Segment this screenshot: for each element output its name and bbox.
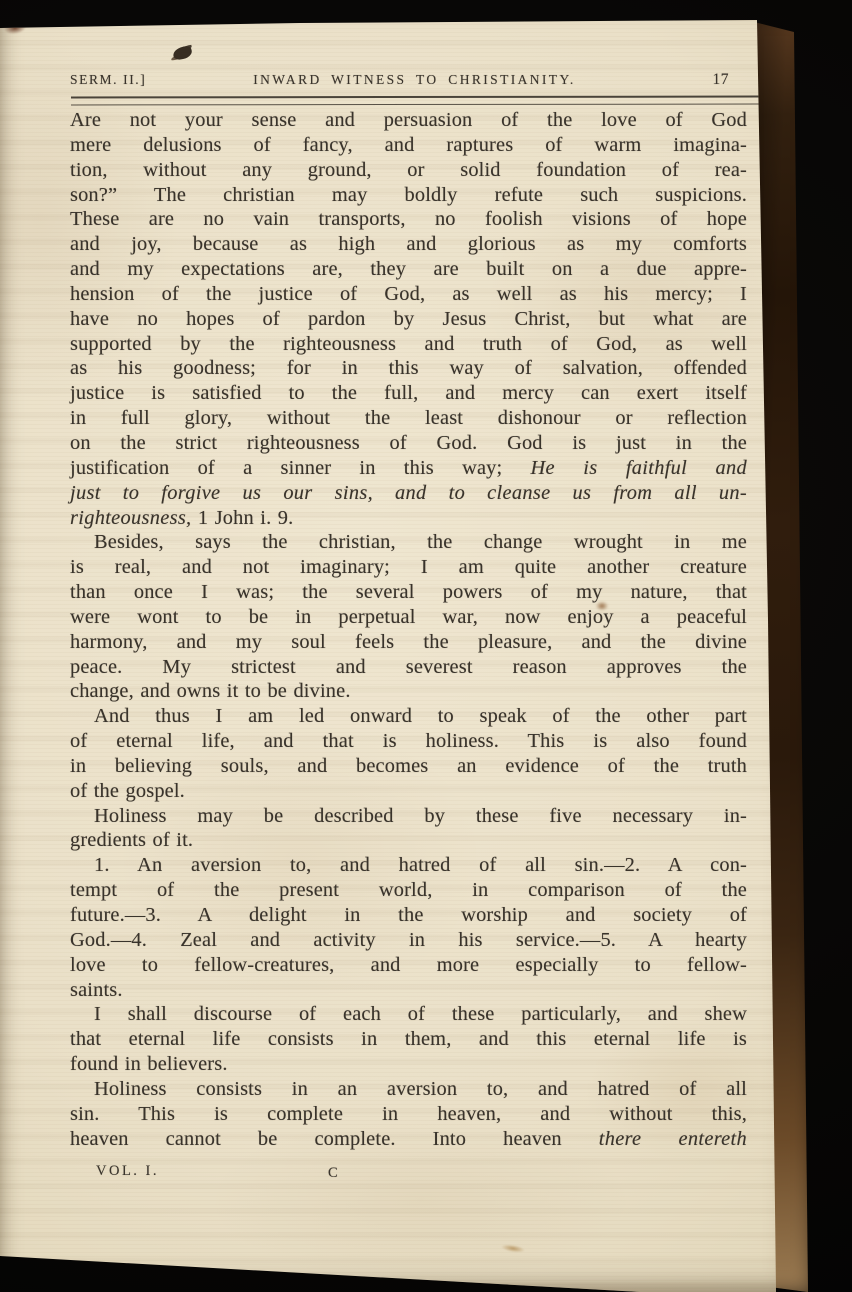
- text-line: tion, without any ground, or solid found…: [70, 158, 747, 183]
- italic-text-segment: there entereth: [599, 1128, 747, 1150]
- text-line: and my expectations are, they are built …: [70, 257, 747, 282]
- text-segment: love to fellow-creatures, and more espec…: [70, 954, 747, 976]
- text-segment: in full glory, without the least dishono…: [70, 407, 747, 429]
- text-segment: peace. My strictest and severest reason …: [70, 656, 747, 678]
- text-line: change, and owns it to be divine.: [70, 679, 747, 704]
- text-segment: of the gospel.: [70, 780, 185, 802]
- text-line: justice is satisfied to the full, and me…: [70, 381, 747, 406]
- text-segment: as his goodness; for in this way of salv…: [70, 357, 747, 379]
- text-line: And thus I am led onward to speak of the…: [70, 704, 747, 729]
- text-line: righteousness, 1 John i. 9.: [70, 506, 747, 531]
- text-line: gredients of it.: [70, 828, 747, 853]
- text-segment: son?” The christian may boldly refute su…: [70, 184, 747, 206]
- text-segment: 1. An aversion to, and hatred of all sin…: [94, 854, 747, 876]
- text-segment: And thus I am led onward to speak of the…: [94, 705, 747, 727]
- italic-text-segment: righteousness,: [70, 507, 191, 529]
- italic-text-segment: just to forgive us our sins, and to clea…: [70, 482, 747, 504]
- sermon-number-label: SERM. II.]: [70, 72, 146, 88]
- page-footer: VOL. I. C: [70, 1163, 747, 1189]
- text-segment: on the strict righteousness of God. God …: [70, 432, 747, 454]
- text-line: tempt of the present world, in compariso…: [70, 878, 747, 903]
- text-line: peace. My strictest and severest reason …: [70, 655, 747, 680]
- text-segment: Besides, says the christian, the change …: [94, 531, 747, 553]
- text-line: These are no vain transports, no foolish…: [70, 207, 747, 232]
- text-segment: in believing souls, and becomes an evide…: [70, 755, 747, 777]
- header-divider-rule: [71, 96, 768, 106]
- text-segment: I shall discourse of each of these parti…: [94, 1003, 747, 1025]
- text-segment: Are not your sense and persuasion of the…: [70, 109, 747, 131]
- text-line: sin. This is complete in heaven, and wit…: [70, 1102, 747, 1127]
- text-line: saints.: [70, 978, 747, 1003]
- text-line: that eternal life consists in them, and …: [70, 1027, 747, 1052]
- text-segment: were wont to be in perpetual war, now en…: [70, 606, 747, 628]
- text-segment: change, and owns it to be divine.: [70, 680, 351, 702]
- text-line: heaven cannot be complete. Into heaven t…: [70, 1127, 747, 1152]
- text-segment: These are no vain transports, no foolish…: [70, 208, 747, 230]
- book-page: SERM. II.] INWARD WITNESS TO CHRISTIANIT…: [0, 0, 800, 1292]
- text-segment: heaven cannot be complete. Into heaven: [70, 1128, 599, 1150]
- text-line: son?” The christian may boldly refute su…: [70, 183, 747, 208]
- text-line: of the gospel.: [70, 779, 747, 804]
- volume-label: VOL. I.: [96, 1163, 159, 1180]
- running-head: SERM. II.] INWARD WITNESS TO CHRISTIANIT…: [70, 71, 747, 89]
- text-segment: 1 John i. 9.: [191, 507, 293, 529]
- text-line: hension of the justice of God, as well a…: [70, 282, 747, 307]
- text-line: than once I was; the several powers of m…: [70, 580, 747, 605]
- text-line: I shall discourse of each of these parti…: [70, 1002, 747, 1027]
- text-line: of eternal life, and that is holiness. T…: [70, 729, 747, 754]
- text-segment: gredients of it.: [70, 829, 193, 851]
- text-segment: Holiness may be described by these five …: [94, 805, 747, 827]
- text-line: on the strict righteousness of God. God …: [70, 431, 747, 456]
- text-segment: and joy, because as high and glorious as…: [70, 233, 747, 255]
- text-segment: Holiness consists in an aversion to, and…: [94, 1078, 747, 1100]
- signature-mark: C: [328, 1165, 339, 1182]
- page-title: INWARD WITNESS TO CHRISTIANITY.: [146, 72, 712, 88]
- text-line: have no hopes of pardon by Jesus Christ,…: [70, 307, 747, 332]
- text-segment: harmony, and my soul feels the pleasure,…: [70, 631, 747, 653]
- text-segment: is real, and not imaginary; I am quite a…: [70, 556, 747, 578]
- text-line: supported by the righteousness and truth…: [70, 332, 747, 357]
- text-segment: hension of the justice of God, as well a…: [70, 283, 747, 305]
- text-line: Holiness may be described by these five …: [70, 804, 747, 829]
- text-line: love to fellow-creatures, and more espec…: [70, 953, 747, 978]
- body-text: Are not your sense and persuasion of the…: [70, 108, 747, 1151]
- text-line: Besides, says the christian, the change …: [70, 530, 747, 555]
- text-segment: found in believers.: [70, 1053, 228, 1075]
- text-segment: that eternal life consists in them, and …: [70, 1028, 747, 1050]
- text-segment: God.—4. Zeal and activity in his service…: [70, 929, 747, 951]
- text-line: justification of a sinner in this way; H…: [70, 456, 747, 481]
- text-segment: tempt of the present world, in compariso…: [70, 879, 747, 901]
- text-segment: sin. This is complete in heaven, and wit…: [70, 1103, 747, 1125]
- text-line: found in believers.: [70, 1052, 747, 1077]
- text-segment: supported by the righteousness and truth…: [70, 333, 747, 355]
- text-line: God.—4. Zeal and activity in his service…: [70, 928, 747, 953]
- text-line: Holiness consists in an aversion to, and…: [70, 1077, 747, 1102]
- page-number: 17: [713, 71, 730, 89]
- text-line: and joy, because as high and glorious as…: [70, 232, 747, 257]
- text-line: Are not your sense and persuasion of the…: [70, 108, 747, 133]
- text-line: is real, and not imaginary; I am quite a…: [70, 555, 747, 580]
- text-segment: of eternal life, and that is holiness. T…: [70, 730, 747, 752]
- text-line: 1. An aversion to, and hatred of all sin…: [70, 853, 747, 878]
- text-segment: have no hopes of pardon by Jesus Christ,…: [70, 308, 747, 330]
- bottom-edge-wear: [497, 1242, 528, 1256]
- text-line: just to forgive us our sins, and to clea…: [70, 481, 747, 506]
- text-line: future.—3. A delight in the worship and …: [70, 903, 747, 928]
- text-segment: justification of a sinner in this way;: [70, 457, 531, 479]
- text-segment: future.—3. A delight in the worship and …: [70, 904, 747, 926]
- ink-blot: [172, 45, 193, 61]
- text-segment: tion, without any ground, or solid found…: [70, 159, 747, 181]
- text-line: in full glory, without the least dishono…: [70, 406, 747, 431]
- text-line: mere delusions of fancy, and raptures of…: [70, 133, 747, 158]
- text-segment: and my expectations are, they are built …: [70, 258, 747, 280]
- text-segment: justice is satisfied to the full, and me…: [70, 382, 747, 404]
- text-segment: than once I was; the several powers of m…: [70, 581, 747, 603]
- text-segment: saints.: [70, 979, 123, 1001]
- text-segment: mere delusions of fancy, and raptures of…: [70, 134, 747, 156]
- text-line: as his goodness; for in this way of salv…: [70, 356, 747, 381]
- text-line: in believing souls, and becomes an evide…: [70, 754, 747, 779]
- text-line: were wont to be in perpetual war, now en…: [70, 605, 747, 630]
- italic-text-segment: He is faithful and: [531, 457, 747, 479]
- text-line: harmony, and my soul feels the pleasure,…: [70, 630, 747, 655]
